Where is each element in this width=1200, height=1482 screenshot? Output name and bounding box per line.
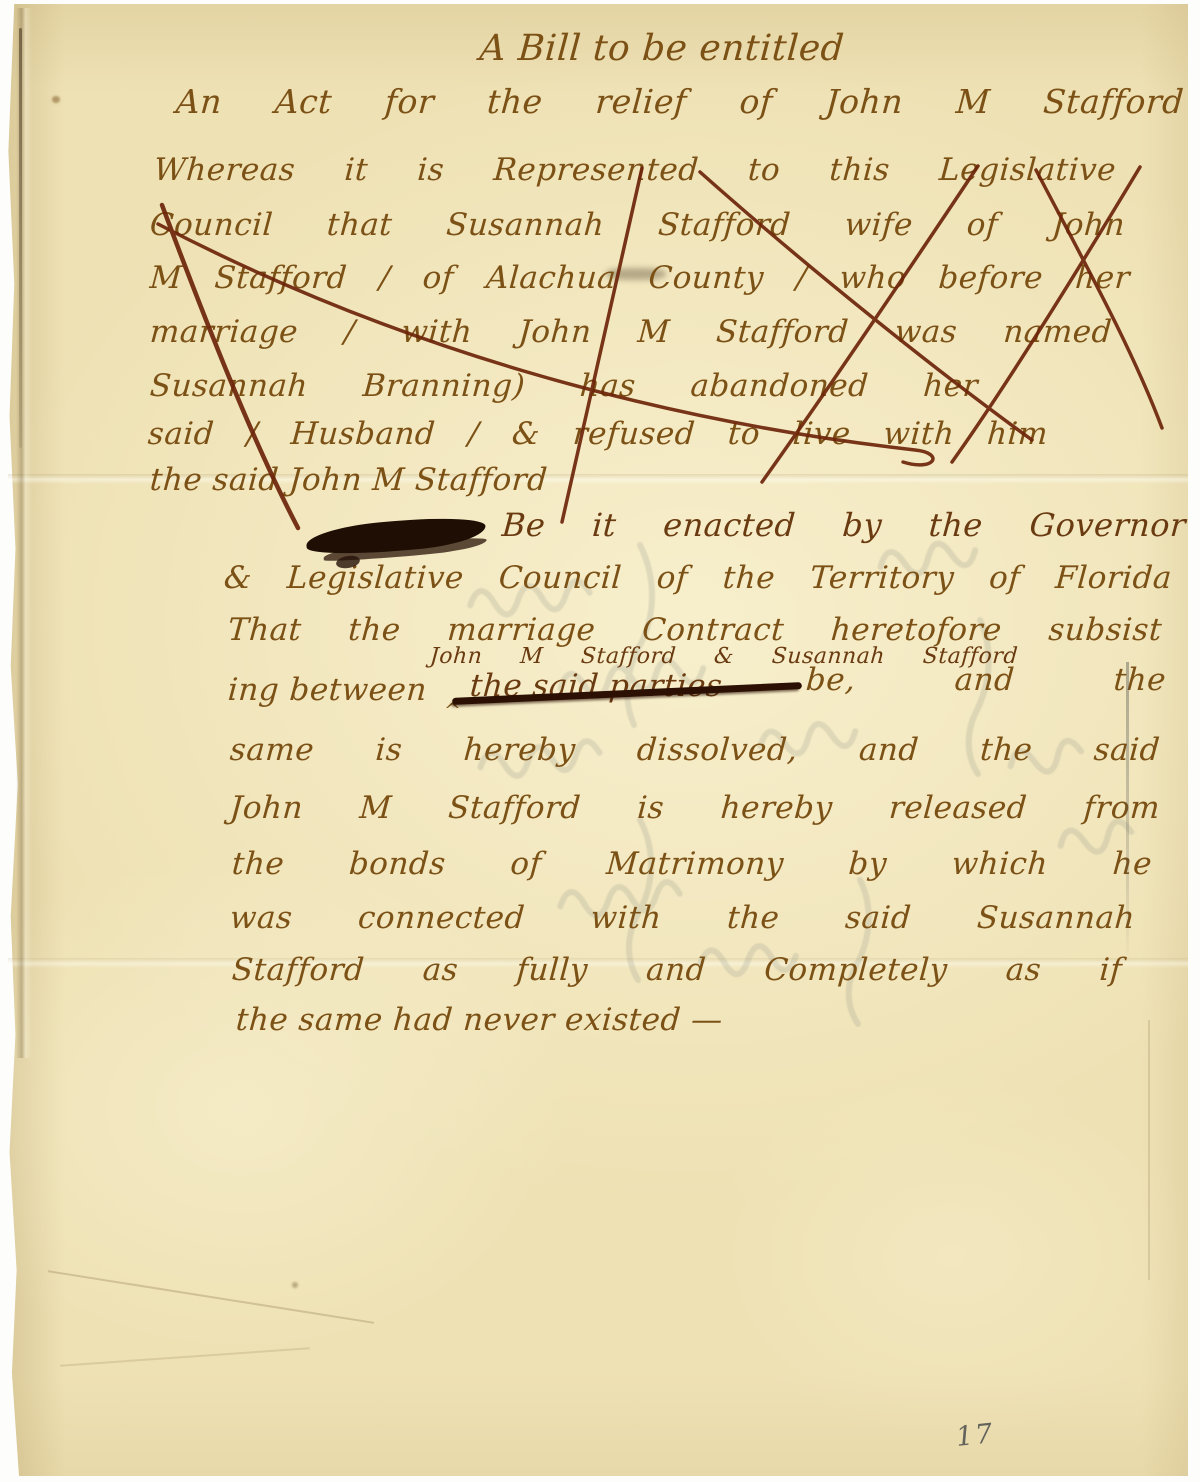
pencil-margin-line <box>1126 662 1129 962</box>
page-number: 17 <box>954 1418 995 1453</box>
cross-out-strokes <box>0 0 1200 1482</box>
scanned-manuscript-page: A Bill to be entitled An Act for the rel… <box>0 0 1200 1482</box>
